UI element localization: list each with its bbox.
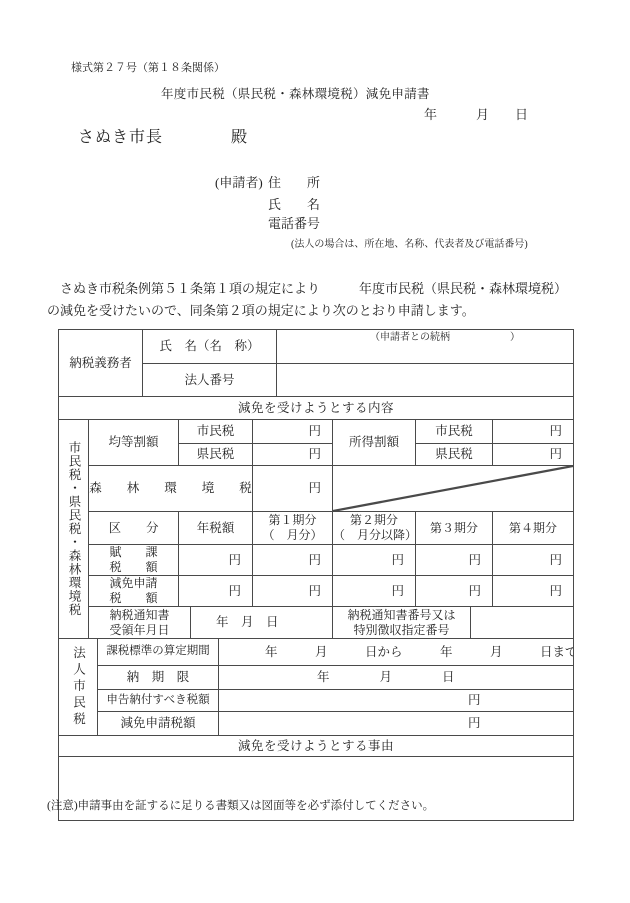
levied-period2-amount[interactable]: 円: [333, 545, 416, 576]
resident-tax-table: 市民税・県民税・森林環境税 均等割額 市民税 円 所得割額 市民税 円 県民税 …: [58, 419, 574, 639]
col-header-period3: 第３期分: [416, 512, 493, 545]
date-blank-line: 年 月 日: [424, 107, 528, 123]
per-capita-pref-label: 県民税: [179, 444, 253, 466]
reason-banner: 減免を受けようとする事由: [59, 736, 574, 757]
forest-tax-label-cell: 森 林 環 境 税: [89, 466, 253, 512]
applicant-label: (申請者): [215, 175, 263, 191]
corp-exemption-value[interactable]: 円: [219, 712, 574, 736]
applicant-address-label: 住 所: [268, 175, 320, 191]
diagonal-line: [333, 466, 573, 511]
form-title: 年度市民税（県民税・森林環境税）減免申請書: [161, 87, 430, 103]
payable-tax-label: 申告納付すべき税額: [98, 690, 219, 712]
tax-exemption-form-page: 様式第２７号（第１８条関係） 年度市民税（県民税・森林環境税）減免申請書 年 月…: [0, 0, 630, 903]
per-capita-pref-amount[interactable]: 円: [253, 444, 333, 466]
table-row: 減免申請税額 円: [59, 712, 574, 736]
per-capita-label-cell: 均等割額: [89, 420, 179, 466]
table-row: 森 林 環 境 税 円: [59, 466, 574, 512]
taxpayer-table: 納税義務者 氏 名（名 称） （申請者との続柄 ） 法人番号 減免を受けようとす…: [58, 329, 574, 420]
exemption-period3-amount[interactable]: 円: [416, 576, 493, 607]
income-based-label-cell: 所得割額: [333, 420, 416, 466]
levied-amount-label: 賦 課 税 額: [89, 545, 179, 576]
income-pref-amount[interactable]: 円: [493, 444, 574, 466]
table-row: 納 期 限 年 月 日: [59, 666, 574, 690]
exemption-period2-amount[interactable]: 円: [333, 576, 416, 607]
income-city-label: 市民税: [416, 420, 493, 444]
crossed-out-cell: [333, 466, 574, 512]
income-pref-label: 県民税: [416, 444, 493, 466]
assessment-period-value[interactable]: 年 月 日から 年 月 日まで: [219, 639, 574, 666]
corp-exemption-label: 減免申請税額: [98, 712, 219, 736]
table-row: 納税通知書 受領年月日 年 月 日 納税通知書番号又は 特別徴収指定番号: [59, 607, 574, 639]
attachment-footnote: (注意)申請事由を証するに足りる書類又は図面等を必ず添付してください。: [47, 799, 434, 813]
addressee-line: さぬき市長 殿: [78, 128, 248, 148]
applicant-phone-label: 電話番号: [268, 216, 320, 232]
form-number: 様式第２７号（第１８条関係）: [71, 62, 225, 76]
exemption-period4-amount[interactable]: 円: [493, 576, 574, 607]
resident-tax-section-label: 市民税・県民税・森林環境税: [59, 420, 89, 639]
table-row: 納税義務者 氏 名（名 称） （申請者との続柄 ）: [59, 330, 574, 364]
applicant-name-label: 氏 名: [268, 197, 320, 213]
corporate-tax-table: 法人市民税 課税標準の算定期間 年 月 日から 年 月 日まで 納 期 限 年 …: [58, 638, 574, 821]
table-row: 区 分 年税額 第１期分 （ 月分） 第２期分 （ 月分以降） 第３期分 第４期…: [59, 512, 574, 545]
table-row: 申告納付すべき税額 円: [59, 690, 574, 712]
body-paragraph-line1: さぬき市税条例第５１条第１項の規定により 年度市民税（県民税・森林環境税）: [47, 281, 567, 297]
taxpayer-section-label: 納税義務者: [59, 330, 143, 397]
corporate-case-note: (法人の場合は、所在地、名称、代表者及び電話番号): [291, 239, 528, 252]
per-capita-city-label: 市民税: [179, 420, 253, 444]
due-date-label: 納 期 限: [98, 666, 219, 690]
exemption-annual-amount[interactable]: 円: [179, 576, 253, 607]
levied-period1-amount[interactable]: 円: [253, 545, 333, 576]
levied-period4-amount[interactable]: 円: [493, 545, 574, 576]
exemption-amount-label: 減免申請 税 額: [89, 576, 179, 607]
payable-tax-value[interactable]: 円: [219, 690, 574, 712]
table-row: 減免を受けようとする内容: [59, 397, 574, 420]
body-paragraph-line2: の減免を受けたいので、同条第２項の規定により次のとおり申請します。: [47, 303, 475, 319]
table-row: 減免を受けようとする事由: [59, 736, 574, 757]
table-row: 市民税・県民税・森林環境税 均等割額 市民税 円 所得割額 市民税 円: [59, 420, 574, 444]
col-header-category: 区 分: [89, 512, 179, 545]
name-value-cell[interactable]: （申請者との続柄 ）: [277, 330, 574, 364]
notice-receipt-date-value[interactable]: 年 月 日: [191, 607, 333, 639]
exemption-period1-amount[interactable]: 円: [253, 576, 333, 607]
table-row: 減免申請 税 額 円 円 円 円 円: [59, 576, 574, 607]
table-row: 法人市民税 課税標準の算定期間 年 月 日から 年 月 日まで: [59, 639, 574, 666]
notice-number-value[interactable]: [471, 607, 574, 639]
levied-annual-amount[interactable]: 円: [179, 545, 253, 576]
notice-number-label: 納税通知書番号又は 特別徴収指定番号: [333, 607, 471, 639]
due-date-value[interactable]: 年 月 日: [219, 666, 574, 690]
corp-number-value-cell[interactable]: [277, 364, 574, 397]
income-city-amount[interactable]: 円: [493, 420, 574, 444]
corporate-tax-section-label: 法人市民税: [59, 639, 98, 736]
name-label-cell: 氏 名（名 称）: [143, 330, 277, 364]
levied-period3-amount[interactable]: 円: [416, 545, 493, 576]
per-capita-city-amount[interactable]: 円: [253, 420, 333, 444]
col-header-period4: 第４期分: [493, 512, 574, 545]
corp-number-label-cell: 法人番号: [143, 364, 277, 397]
assessment-period-label: 課税標準の算定期間: [98, 639, 219, 666]
col-header-period2: 第２期分 （ 月分以降）: [333, 512, 416, 545]
application-form-table: 納税義務者 氏 名（名 称） （申請者との続柄 ） 法人番号 減免を受けようとす…: [58, 329, 573, 821]
col-header-annual-tax: 年税額: [179, 512, 253, 545]
forest-tax-amount[interactable]: 円: [253, 466, 333, 512]
table-row: 賦 課 税 額 円 円 円 円 円: [59, 545, 574, 576]
notice-receipt-date-label: 納税通知書 受領年月日: [89, 607, 191, 639]
content-banner: 減免を受けようとする内容: [59, 397, 574, 420]
col-header-period1: 第１期分 （ 月分）: [253, 512, 333, 545]
